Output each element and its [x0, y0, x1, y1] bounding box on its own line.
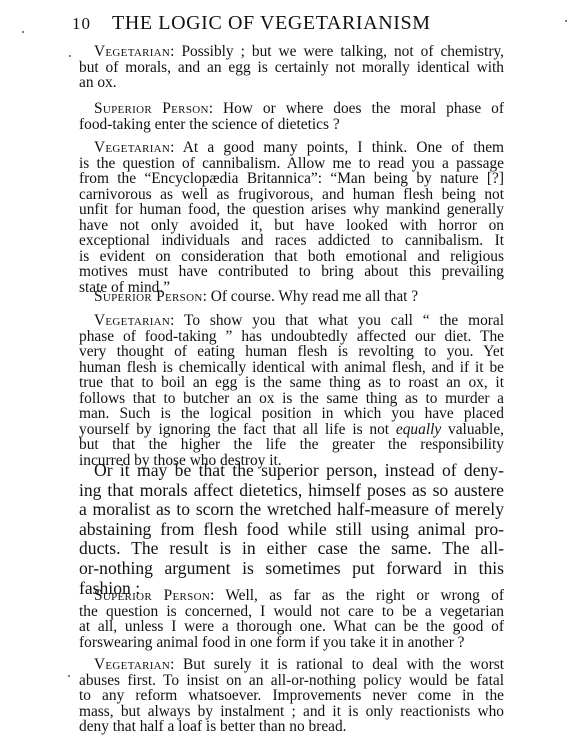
narrative-paragraph: Or it may be that the superior person, i…	[79, 461, 504, 598]
scan-speck	[22, 31, 24, 33]
text-line: Superior Person: Well, as far as the rig…	[79, 588, 504, 604]
text-line: at all, unless I were a thorough one. Wh…	[79, 619, 504, 635]
emphasis-text: equally	[396, 421, 441, 438]
dialogue-paragraph: Vegetarian: But surely it is rational to…	[79, 657, 504, 735]
text-line: Or it may be that the superior person, i…	[79, 461, 504, 481]
text-line: an ox.	[79, 75, 504, 91]
text-line: Vegetarian: To show you that what you ca…	[79, 313, 504, 329]
text-line: food-taking enter the science of dieteti…	[79, 117, 504, 133]
text-line: but that the higher the life the greater…	[79, 437, 504, 453]
text-line: unfit for human food, the question arise…	[79, 202, 504, 218]
speaker-label: Superior Person	[94, 100, 209, 117]
speaker-label: Vegetarian	[94, 656, 170, 673]
text-line: have not only avoided it, but have looke…	[79, 218, 504, 234]
text-line: abuses first. To insist on an all-or-not…	[79, 673, 504, 689]
text-line: deny that half a loaf is better than no …	[79, 719, 504, 735]
text-line: carnivorous as well as frugivorous, and …	[79, 187, 504, 203]
text-line: true that to boil an egg is the same thi…	[79, 375, 504, 391]
text-line: ducts. The result is in either case the …	[79, 539, 504, 559]
text-line: abstaining from flesh food while still u…	[79, 520, 504, 540]
book-page: 10THE LOGIC OF VEGETARIANISM Vegetarian:…	[0, 0, 580, 737]
text-line: a moralist as to scorn the wretched half…	[79, 500, 504, 520]
dialogue-paragraph: Superior Person: How or where does the m…	[79, 101, 504, 132]
text-line: from the “Encyclopædia Britannica”: “Man…	[79, 171, 504, 187]
text-line: human flesh is chemically identical with…	[79, 360, 504, 376]
running-title: THE LOGIC OF VEGETARIANISM	[112, 12, 431, 34]
text-line: Superior Person: How or where does the m…	[79, 101, 504, 117]
text-line: follows that to butcher an ox is the sam…	[79, 391, 504, 407]
dialogue-paragraph: Vegetarian: Possibly ; but we were talki…	[79, 44, 504, 91]
text-line: forswearing animal food in one form if y…	[79, 635, 504, 651]
speaker-label: Superior Person	[94, 288, 203, 305]
text-line: exceptional individuals and races addict…	[79, 233, 504, 249]
text-line: Superior Person: Of course. Why read me …	[79, 289, 504, 305]
text-line: or-nothing argument is sometimes put for…	[79, 559, 504, 579]
speaker-label: Vegetarian	[94, 139, 170, 156]
text-line: Vegetarian: But surely it is rational to…	[79, 657, 504, 673]
speaker-label: Superior Person	[94, 587, 210, 604]
text-line: mass, but always by instalment ; and it …	[79, 704, 504, 720]
text-line: Vegetarian: At a good many points, I thi…	[79, 140, 504, 156]
text-line: is evident on consideration that both em…	[79, 249, 504, 265]
text-line: ing that morals affect dietetics, himsel…	[79, 481, 504, 501]
scan-speck	[69, 55, 71, 57]
dialogue-paragraph: Vegetarian: At a good many points, I thi…	[79, 140, 504, 295]
scan-speck	[565, 20, 567, 22]
text-line: yourself by ignoring the fact that all l…	[79, 422, 504, 438]
text-line: very thought of eating human flesh is re…	[79, 344, 504, 360]
dialogue-paragraph: Superior Person: Well, as far as the rig…	[79, 588, 504, 650]
text-line: Vegetarian: Possibly ; but we were talki…	[79, 44, 504, 60]
text-line: to any reform whatsoever. Improvements n…	[79, 688, 504, 704]
text-line: man. Such is the logical position in whi…	[79, 406, 504, 422]
text-line: the question is concerned, I would not c…	[79, 604, 504, 620]
text-line: motives must have contributed to bring a…	[79, 264, 504, 280]
dialogue-paragraph: Superior Person: Of course. Why read me …	[79, 289, 504, 305]
speaker-label: Vegetarian	[94, 43, 170, 60]
page-number: 10	[72, 12, 112, 36]
text-line: but of morals, and an egg is certainly n…	[79, 60, 504, 76]
speaker-label: Vegetarian	[94, 312, 170, 329]
page-header: 10THE LOGIC OF VEGETARIANISM	[72, 11, 492, 36]
scan-speck	[68, 675, 70, 677]
dialogue-paragraph: Vegetarian: To show you that what you ca…	[79, 313, 504, 468]
text-line: phase of food-taking ” has undoubtedly a…	[79, 329, 504, 345]
text-line: is the question of cannibalism. Allow me…	[79, 156, 504, 172]
